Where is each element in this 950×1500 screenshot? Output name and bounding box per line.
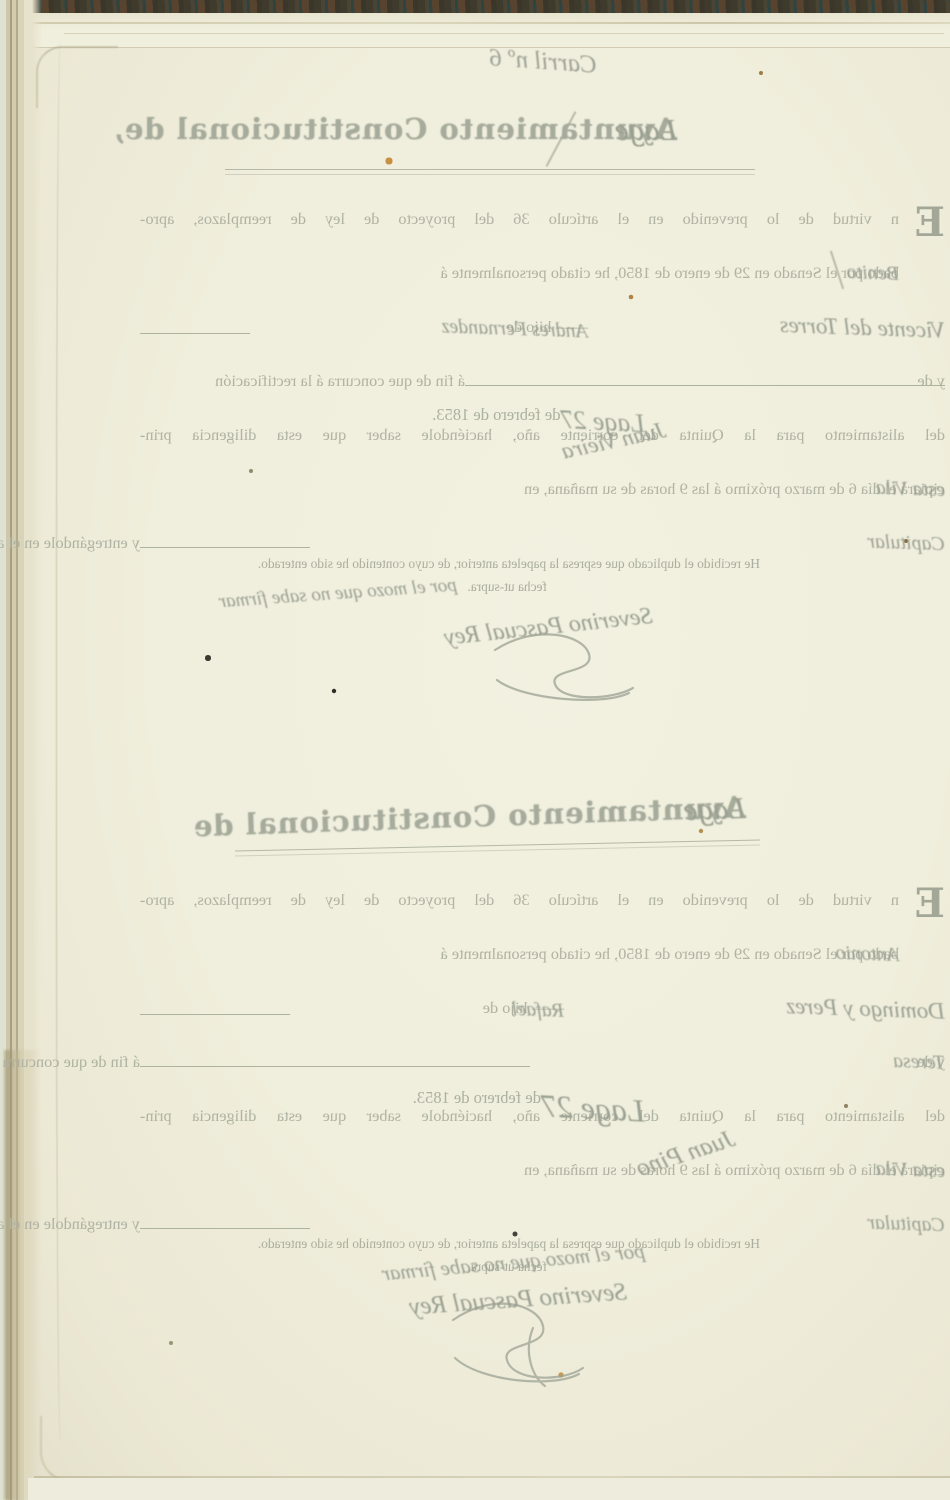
form1-receipt-date-note: fecha ut-supra. — [467, 579, 547, 595]
handwritten-date: Lage 27 — [540, 1087, 646, 1129]
blank-rule — [140, 1052, 530, 1067]
printed-text: á fin de que concurra á la rectificación — [215, 367, 465, 394]
paragraph-line: Capitular y entregándole en el acto un d… — [140, 529, 945, 556]
paragraph-line: y de á fin de que concurra á la rectific… — [140, 367, 945, 394]
form1-receipt-handwritten-note: por el mozo que no sabe firmar — [218, 575, 458, 614]
printed-text: á fin de que concurra á la rectificación — [0, 1048, 140, 1075]
handwritten-name: Andres Fernandez — [441, 313, 588, 345]
form2-signature-rubric — [443, 1298, 593, 1398]
handwritten-name: Antonio — [835, 940, 899, 969]
page-corner-fold — [36, 46, 118, 108]
mirrored-content-layer: Carril nº 6 Ayuntamiento Constitucional … — [140, 0, 945, 1500]
handwritten-place: esta Vila — [875, 1156, 945, 1185]
rubric-flourish-icon — [443, 1298, 593, 1393]
form2-heading-rule — [235, 840, 760, 857]
printed-text: bado por el Senado en 29 de enero de 185… — [441, 940, 899, 967]
scanned-book-page: Carril nº 6 Ayuntamiento Constitucional … — [0, 0, 950, 1500]
paragraph-line: cipiará el día 6 de marzo próximo á las … — [140, 475, 945, 502]
blank-rule — [140, 533, 310, 548]
paragraph-line: Domingo y Perez —— hijo de Rafael — [140, 994, 945, 1021]
form1-paragraph: n virtud de lo prevenido en el artículo … — [140, 205, 945, 394]
paragraph-line: Capitular y entregándole en el acto un d… — [140, 1210, 945, 1237]
handwritten-name: Vicente del Torres — [779, 311, 945, 344]
form2-date-line: Lage 27 de febrero de 1853. — [541, 1088, 645, 1125]
printed-text: y entregándole en el acto un duplicado d… — [0, 529, 140, 556]
form-2: Ayuntamiento Constitucional de Lage E n … — [140, 750, 945, 1500]
blank-rule — [140, 319, 250, 334]
paragraph-line: bado por el Senado en 29 de enero de 185… — [140, 940, 945, 967]
handwritten-name: Teresa — [893, 1048, 946, 1077]
printed-date: de febrero de 1853. — [432, 405, 560, 425]
blank-rule — [140, 1214, 310, 1229]
printed-text: bado por el Senado en 29 de enero de 185… — [441, 259, 899, 286]
paragraph-line: del alistamiento para la Quinta del corr… — [140, 421, 945, 448]
form1-heading-rule — [225, 169, 755, 175]
paragraph-line: n virtud de lo prevenido en el artículo … — [140, 205, 945, 232]
handwritten-name: Benito — [846, 259, 899, 288]
form1-heading-printed: Ayuntamiento Constitucional de, — [113, 112, 677, 146]
paragraph-line: y de Teresa á fin de que concurra á la r… — [140, 1048, 945, 1075]
form-1: Ayuntamiento Constitucional de, Lage E n… — [140, 0, 945, 750]
handwritten-name: Rafael — [512, 996, 565, 1025]
blank-rule — [140, 1000, 290, 1015]
rubric-flourish-icon — [485, 630, 645, 708]
handwritten-name: Domingo y Perez — [786, 992, 946, 1025]
paragraph-line: Vicente del Torres —— hijo de Andres Fer… — [140, 313, 945, 340]
blank-rule — [465, 371, 945, 386]
form1-signature-rubric — [485, 630, 645, 713]
printed-text: y entregándole en el acto un duplicado d… — [0, 1210, 140, 1237]
handwritten-place: esta Vila — [875, 475, 945, 504]
binding-gutter-shadow — [4, 1050, 40, 1500]
handwritten-place: Capitular — [867, 529, 946, 559]
paragraph-line: bado por el Senado en 29 de enero de 185… — [140, 259, 945, 286]
form2-heading-printed: Ayuntamiento Constitucional de — [192, 790, 746, 843]
form2-paragraph: n virtud de lo prevenido en el artículo … — [140, 886, 945, 1075]
form1-receipt-statement: He recibido el duplicado que espresa la … — [258, 556, 760, 572]
foxing-speckles — [0, 0, 2, 2]
paragraph-line: cipiará el día 6 de marzo próximo á las … — [140, 1156, 945, 1183]
handwritten-place: Capitular — [867, 1210, 946, 1240]
form2-heading-place-handwritten: Lage — [683, 790, 746, 828]
printed-date: de febrero de 1853. — [413, 1088, 541, 1108]
paragraph-line: n virtud de lo prevenido en el artículo … — [140, 886, 945, 913]
form1-heading-place-handwritten: Lage — [615, 112, 677, 148]
